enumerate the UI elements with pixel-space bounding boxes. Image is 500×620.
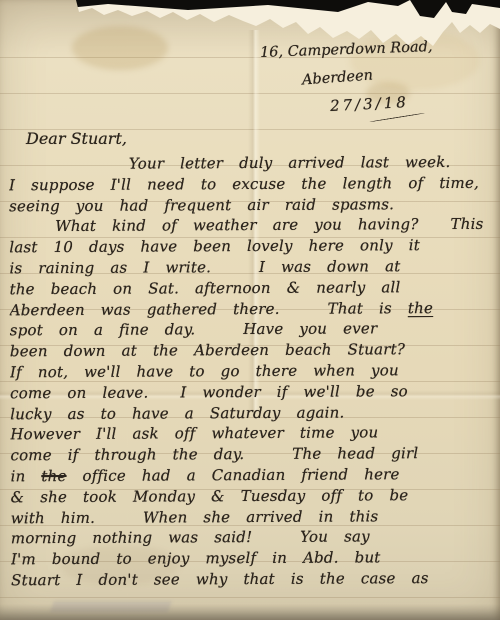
letter-page: 16, Camperdown Road, Aberdeen 27/3/18 De… (0, 0, 500, 620)
salutation: Dear Stuart, (26, 129, 127, 148)
body-line: Aberdeen was gathered there. That is the (10, 297, 492, 320)
body-line: the beach on Sat. afternoon & nearly all (10, 277, 492, 300)
body-line: What kind of weather are you having? Thi… (9, 214, 491, 237)
body-line-text: office had a Canadian friend here (66, 465, 399, 485)
body-line: lucky as to have a Saturday again. (10, 401, 492, 424)
body-line: If not, we'll have to go there when you (10, 360, 492, 383)
body-line: been down at the Aberdeen beach Stuart? (10, 339, 492, 362)
body-line: come if through the day. The head girl (10, 443, 492, 466)
struck-out-word: the (41, 467, 66, 485)
body-line: However I'll ask off whatever time you (10, 422, 492, 445)
body-line-text: in (10, 467, 41, 485)
body-line: I'm bound to enjoy myself in Abd. but (11, 547, 493, 570)
scanned-letter: 16, Camperdown Road, Aberdeen 27/3/18 De… (0, 0, 500, 620)
body-line: with him. When she arrived in this (11, 505, 493, 528)
body-line: spot on a fine day. Have you ever (10, 318, 492, 341)
body-line: come on leave. I wonder if we'll be so (10, 381, 492, 404)
body-line: Your letter duly arrived last week. (9, 152, 491, 175)
paper-stain (72, 26, 168, 70)
body-line: Stuart I don't see why that is the case … (11, 568, 493, 591)
body-line: in the office had a Canadian friend here (10, 464, 492, 487)
body-line-text: Aberdeen was gathered there. That is (10, 299, 408, 319)
body-line: is raining as I write. I was down at (9, 256, 491, 279)
body-line: morning nothing was said! You say (11, 526, 493, 549)
body-line: I suppose I'll need to excuse the length… (9, 173, 491, 196)
underlined-word: the (408, 299, 433, 317)
body-line: seeing you had frequent air raid spasms. (9, 193, 491, 216)
body-line: & she took Monday & Tuesday off to be (11, 484, 493, 507)
bottom-edge-shadow (0, 604, 500, 620)
body-line: last 10 days have been lovely here only … (9, 235, 491, 258)
letter-body: Your letter duly arrived last week. I su… (9, 152, 493, 591)
